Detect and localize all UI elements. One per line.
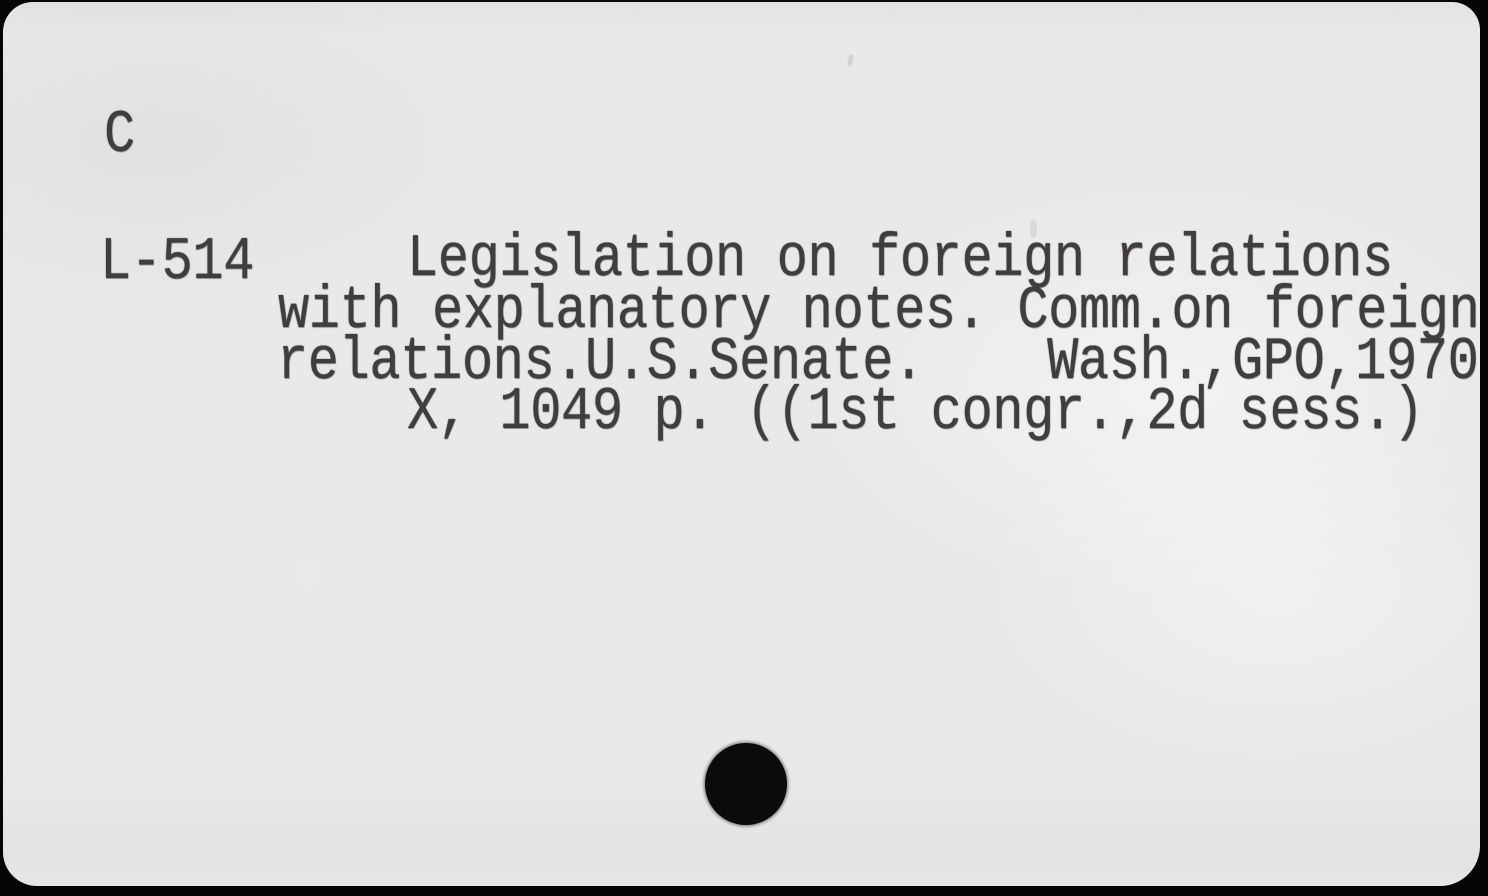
entry-collation-line: X, 1049 p. ((1st congr.,2d sess.) (407, 383, 1424, 443)
hole-punch-dot-icon (705, 743, 787, 825)
scan-speck (1030, 220, 1037, 238)
call-number: L-514 (100, 233, 254, 293)
catalog-card: C L-514 Legislation on foreign relations… (3, 2, 1480, 886)
scan-speck (295, 558, 321, 588)
collection-letter: C (104, 106, 135, 166)
scan-background: C L-514 Legislation on foreign relations… (0, 0, 1488, 896)
scan-speck (847, 54, 854, 68)
